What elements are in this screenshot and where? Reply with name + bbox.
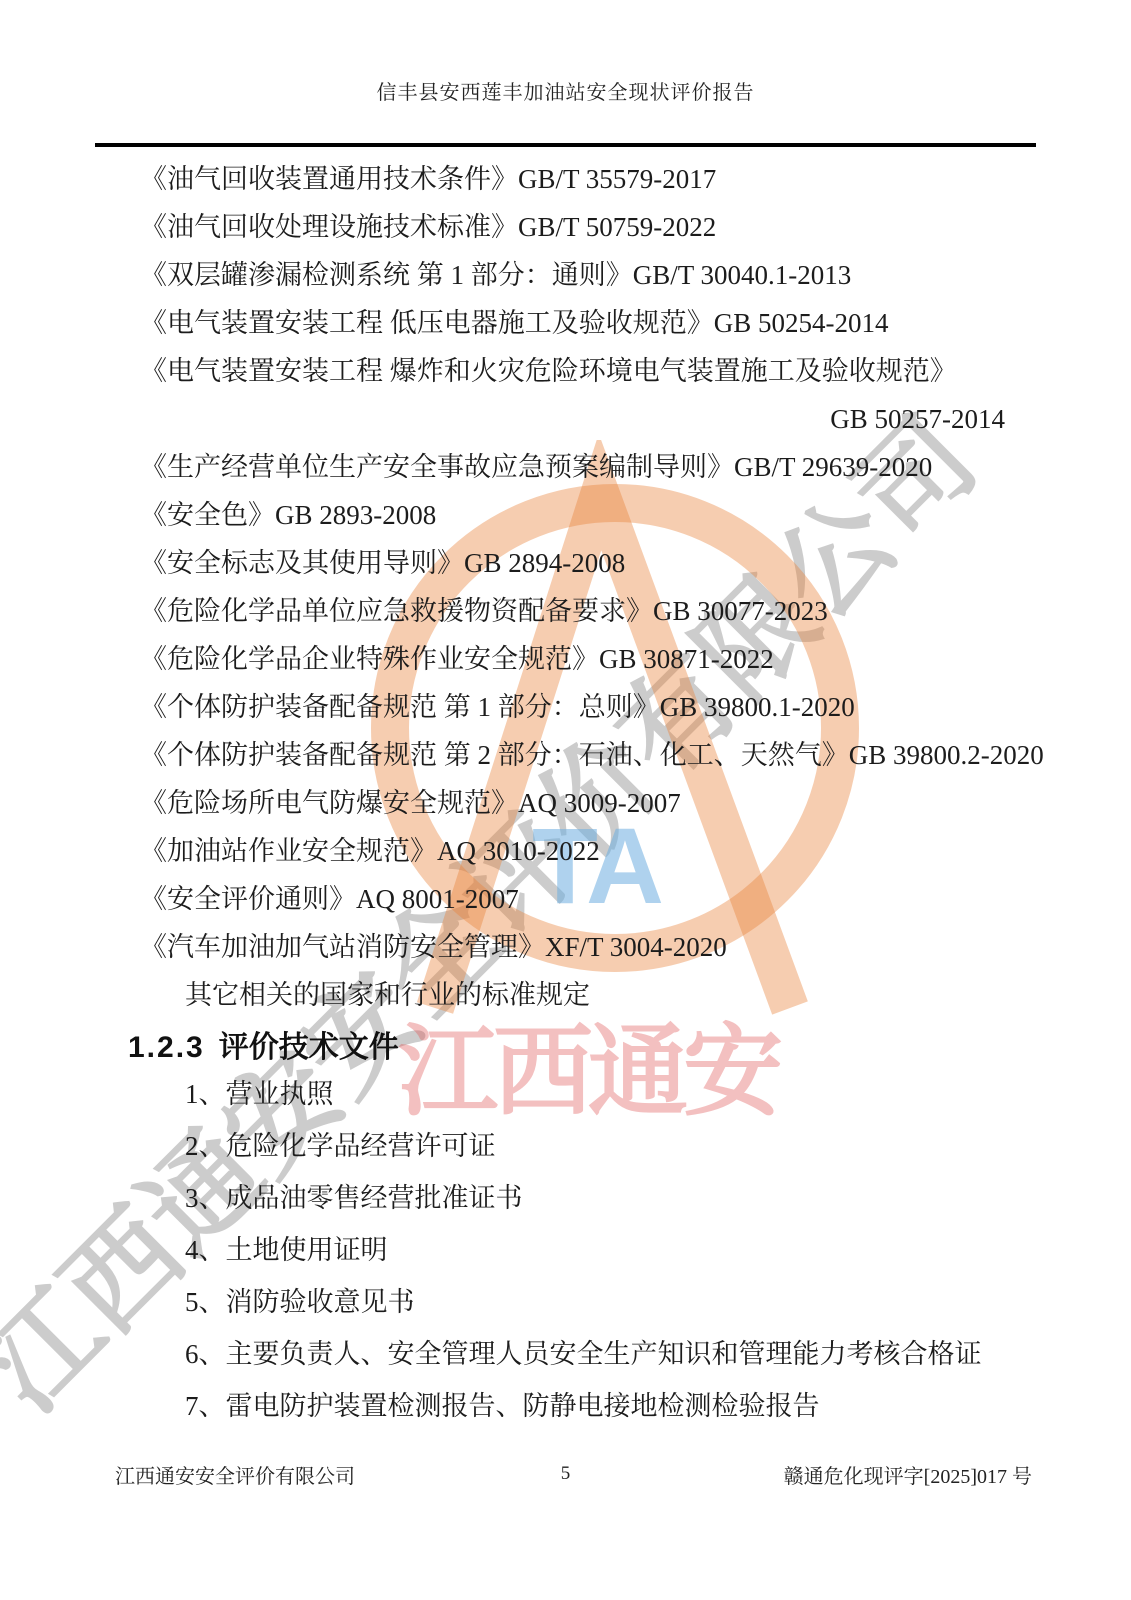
standard-line: 《油气回收装置通用技术条件》GB/T 35579-2017 [140,155,1031,203]
standard-line: 《安全色》GB 2893-2008 [140,491,1031,539]
document-item: 1、营业执照 [185,1068,1031,1120]
footer-doc-number: 赣通危化现评字[2025]017 号 [784,1460,1032,1489]
standards-list: 《油气回收装置通用技术条件》GB/T 35579-2017 《油气回收处理设施技… [140,155,1031,1019]
section-number: 1.2.3 [128,1031,205,1064]
standard-line: 《危险化学品单位应急救援物资配备要求》GB 30077-2023 [140,587,1031,635]
standard-line: 《生产经营单位生产安全事故应急预案编制导则》GB/T 29639-2020 [140,443,1031,491]
document-item: 3、成品油零售经营批准证书 [185,1172,1031,1224]
section-title: 评价技术文件 [219,1031,399,1064]
standard-line: 《加油站作业安全规范》AQ 3010-2022 [140,827,1031,875]
standard-line: 《个体防护装备配备规范 第 1 部分：总则》GB 39800.1-2020 [140,683,1031,731]
standard-line: 《安全评价通则》AQ 8001-2007 [140,875,1031,923]
document-item: 6、主要负责人、安全管理人员安全生产知识和管理能力考核合格证 [185,1328,1031,1380]
standard-line: 《电气装置安装工程 爆炸和火灾危险环境电气装置施工及验收规范》 [140,347,1031,395]
page-header-title: 信丰县安西莲丰加油站安全现状评价报告 [0,76,1131,105]
standard-line: 《个体防护装备配备规范 第 2 部分：石油、化工、天然气》GB 39800.2-… [140,731,1031,779]
document-item: 4、土地使用证明 [185,1224,1031,1276]
standard-line: 《电气装置安装工程 低压电器施工及验收规范》GB 50254-2014 [140,299,1031,347]
document-item: 5、消防验收意见书 [185,1276,1031,1328]
standard-line: 《汽车加油加气站消防安全管理》XF/T 3004-2020 [140,923,1031,971]
standard-line: 《危险场所电气防爆安全规范》AQ 3009-2007 [140,779,1031,827]
standard-line: 《危险化学品企业特殊作业安全规范》GB 30871-2022 [140,635,1031,683]
standard-line: 《双层罐渗漏检测系统 第 1 部分：通则》GB/T 30040.1-2013 [140,251,1031,299]
page-content: 信丰县安西莲丰加油站安全现状评价报告 《油气回收装置通用技术条件》GB/T 35… [0,0,1131,1600]
standard-line: 其它相关的国家和行业的标准规定 [140,971,1031,1019]
standard-line: 《安全标志及其使用导则》GB 2894-2008 [140,539,1031,587]
document-page: 江西通安安全评价有限公司 TA 江西通安 信丰县安西莲丰加油站安全现状评价报告 … [0,0,1131,1600]
document-item: 2、危险化学品经营许可证 [185,1120,1031,1172]
standard-line: GB 50257-2014 [140,395,1031,443]
document-item: 7、雷电防护装置检测报告、防静电接地检测检验报告 [185,1380,1031,1432]
standard-line: 《油气回收处理设施技术标准》GB/T 50759-2022 [140,203,1031,251]
section-heading: 1.2.3评价技术文件 [128,1022,399,1066]
documents-list: 1、营业执照 2、危险化学品经营许可证 3、成品油零售经营批准证书 4、土地使用… [185,1068,1031,1432]
header-rule [95,143,1036,147]
